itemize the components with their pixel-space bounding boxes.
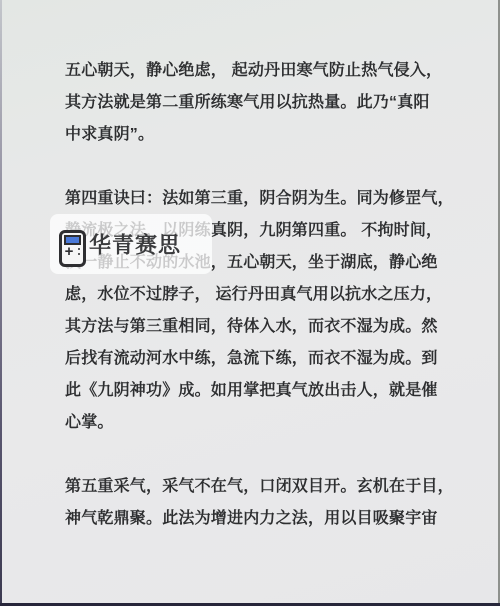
text-line: 中求真阴”。 — [65, 119, 455, 151]
page-edge-left — [0, 0, 2, 606]
text-line: 虑，水位不过脖子， 运行丹田真气用以抗水之压力， — [65, 279, 455, 311]
text-line: 心掌。 — [65, 407, 455, 439]
watermark: + 华青赛思 — [50, 214, 212, 274]
text-line: 神气乾鼎聚。此法为增进内力之法，用以目吸聚宇宙 — [65, 503, 455, 535]
handheld-game-console-icon: + — [59, 230, 86, 267]
text-line: 第五重采气，采气不在气，口闭双目开。玄机在于目， — [65, 471, 455, 503]
text-line: 后找有流动河水中练，急流下练，而衣不湿为成。到 — [65, 343, 455, 375]
paragraph-3: 第五重采气，采气不在气，口闭双目开。玄机在于目， 神气乾鼎聚。此法为增进内力之法… — [65, 471, 455, 535]
paragraph-1: 五心朝天，静心绝虑， 起动丹田寒气防止热气侵入， 其方法就是第二重所练寒气用以抗… — [65, 55, 455, 151]
text-line: 此《九阴神功》成。如用掌把真气放出击人，就是催 — [65, 375, 455, 407]
text-line: 其方法就是第二重所练寒气用以抗热量。此乃“真阳 — [65, 87, 455, 119]
article-text: 五心朝天，静心绝虑， 起动丹田寒气防止热气侵入， 其方法就是第二重所练寒气用以抗… — [65, 55, 455, 535]
console-buttons-icon — [78, 248, 80, 250]
text-line: 五心朝天，静心绝虑， 起动丹田寒气防止热气侵入， — [65, 55, 455, 87]
document-page: 五心朝天，静心绝虑， 起动丹田寒气防止热气侵入， 其方法就是第二重所练寒气用以抗… — [0, 0, 500, 606]
text-line: 其方法与第三重相同，待体入水，而衣不湿为成。然 — [65, 311, 455, 343]
text-line: 第四重诀曰：法如第三重，阴合阴为生。同为修罡气， — [65, 183, 455, 215]
console-dpad-icon: + — [63, 244, 75, 260]
watermark-label: 华青赛思 — [89, 229, 181, 260]
